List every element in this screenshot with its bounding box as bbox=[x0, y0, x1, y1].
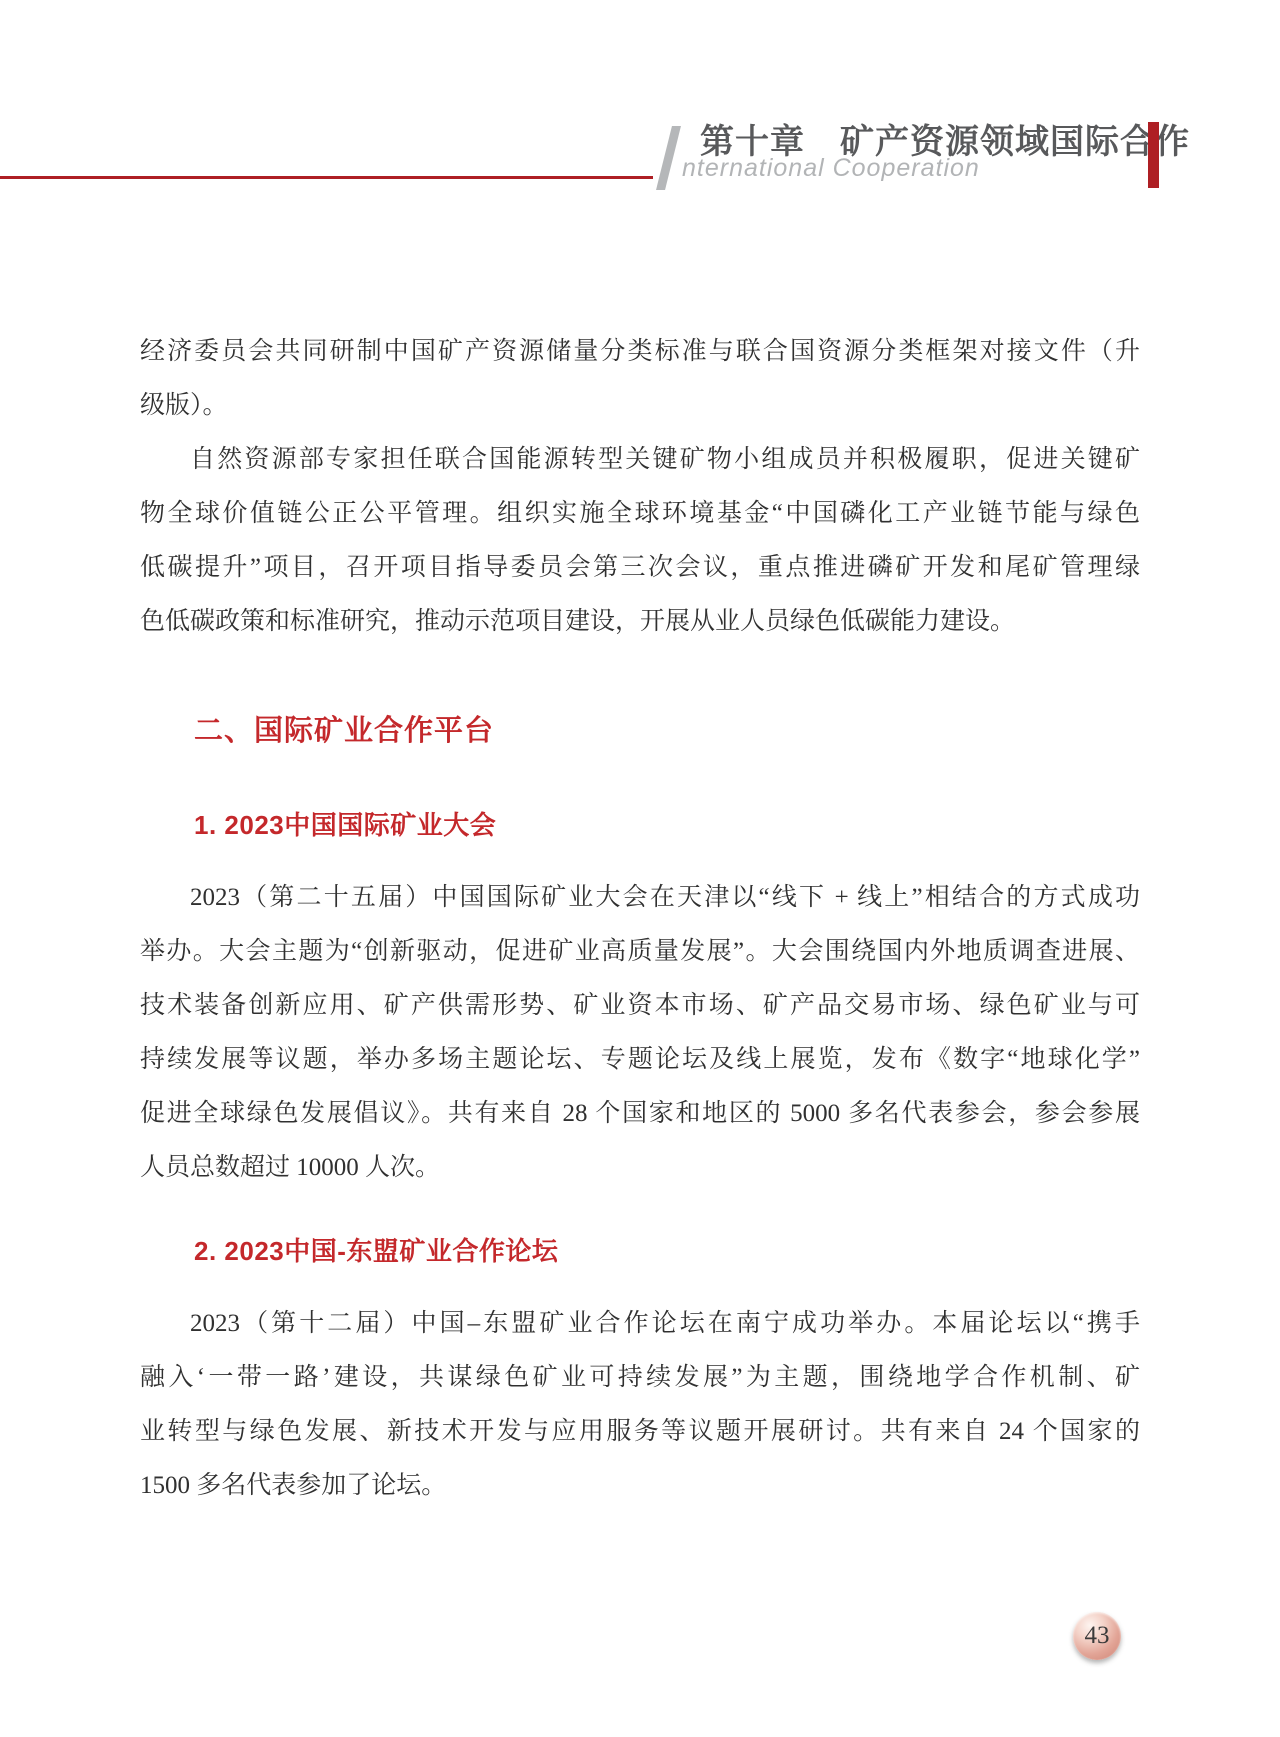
text-line: 人员总数超过 10000 人次。 bbox=[140, 1141, 1140, 1195]
paragraph: 经济委员会共同研制中国矿产资源储量分类标准与联合国资源分类框架对接文件（升 级版… bbox=[140, 325, 1140, 433]
document-page: 第十章 矿产资源领域国际合作 nternational Cooperation … bbox=[0, 0, 1280, 1737]
text-line: 低碳提升”项目，召开项目指导委员会第三次会议，重点推进磷矿开发和尾矿管理绿 bbox=[140, 541, 1140, 595]
text-line: 业转型与绿色发展、新技术开发与应用服务等议题开展研讨。共有来自 24 个国家的 bbox=[140, 1405, 1140, 1459]
text-line: 级版）。 bbox=[140, 379, 1140, 433]
paragraph: 2023（第十二届）中国–东盟矿业合作论坛在南宁成功举办。本届论坛以“携手 融入… bbox=[140, 1297, 1140, 1513]
page-number: 43 bbox=[1085, 1622, 1110, 1650]
text-line: 持续发展等议题，举办多场主题论坛、专题论坛及线上展览，发布《数字“地球化学” bbox=[140, 1033, 1140, 1087]
chapter-subtitle-english: nternational Cooperation bbox=[682, 154, 980, 183]
header-slash-decoration bbox=[656, 126, 681, 190]
text-line: 促进全球绿色发展倡议》。共有来自 28 个国家和地区的 5000 多名代表参会，… bbox=[140, 1087, 1140, 1141]
paragraph: 自然资源部专家担任联合国能源转型关键矿物小组成员并积极履职，促进关键矿 物全球价… bbox=[140, 433, 1140, 649]
text-line: 2023（第二十五届）中国国际矿业大会在天津以“线下 + 线上”相结合的方式成功 bbox=[140, 871, 1140, 925]
text-line: 技术装备创新应用、矿产供需形势、矿业资本市场、矿产品交易市场、绿色矿业与可 bbox=[140, 979, 1140, 1033]
section-heading: 二、国际矿业合作平台 bbox=[140, 711, 1140, 751]
text-line: 物全球价值链公正公平管理。组织实施全球环境基金“中国磷化工产业链节能与绿色 bbox=[140, 487, 1140, 541]
text-line: 举办。大会主题为“创新驱动，促进矿业高质量发展”。大会围绕国内外地质调查进展、 bbox=[140, 925, 1140, 979]
subsection-heading-2: 2. 2023中国-东盟矿业合作论坛 bbox=[140, 1233, 1140, 1269]
text-line: 融入‘一带一路’建设，共谋绿色矿业可持续发展”为主题，围绕地学合作机制、矿 bbox=[140, 1351, 1140, 1405]
header-red-rule bbox=[0, 176, 653, 179]
header-red-bar bbox=[1148, 122, 1159, 188]
text-line: 1500 多名代表参加了论坛。 bbox=[140, 1459, 1140, 1513]
text-line: 色低碳政策和标准研究，推动示范项目建设，开展从业人员绿色低碳能力建设。 bbox=[140, 595, 1140, 649]
body-text: 经济委员会共同研制中国矿产资源储量分类标准与联合国资源分类框架对接文件（升 级版… bbox=[140, 325, 1140, 1513]
text-line: 自然资源部专家担任联合国能源转型关键矿物小组成员并积极履职，促进关键矿 bbox=[140, 433, 1140, 487]
page-number-badge: 43 bbox=[1073, 1612, 1121, 1660]
text-line: 2023（第十二届）中国–东盟矿业合作论坛在南宁成功举办。本届论坛以“携手 bbox=[140, 1297, 1140, 1351]
paragraph: 2023（第二十五届）中国国际矿业大会在天津以“线下 + 线上”相结合的方式成功… bbox=[140, 871, 1140, 1195]
subsection-heading-1: 1. 2023中国国际矿业大会 bbox=[140, 807, 1140, 843]
text-line: 经济委员会共同研制中国矿产资源储量分类标准与联合国资源分类框架对接文件（升 bbox=[140, 325, 1140, 379]
